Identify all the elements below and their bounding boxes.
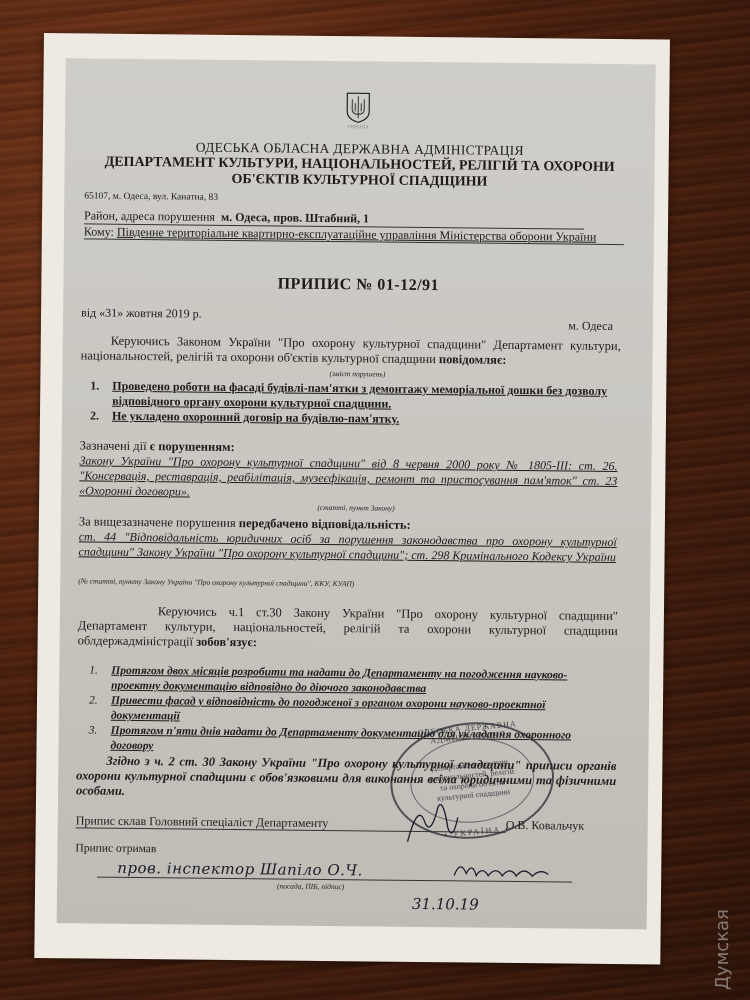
violation-basis-text: Закону України "Про охорону культурної с… [79, 453, 617, 504]
violation-basis-heading: Зазначені дії є порушенням: [80, 438, 235, 455]
item-number: 2. [89, 694, 111, 724]
emblem-caption: УКРАЇНА [343, 125, 373, 130]
received-label: Припис отримав [75, 842, 156, 855]
item-number: 1. [90, 379, 112, 409]
composer-signature [402, 797, 463, 848]
recipient-signature [452, 857, 552, 882]
obligation-text: Керуючись ч.1 ст.30 Закону України "Про … [78, 604, 618, 648]
intro-bold: повідомляє: [439, 352, 507, 367]
document-title: ПРИПИС № 01-12/91 [63, 273, 653, 297]
heading-text: Зазначені дії [80, 438, 150, 453]
document-sheet: УКРАЇНА ОДЕСЬКА ОБЛАСНА ДЕРЖАВНА АДМІНІС… [34, 33, 670, 965]
intro-text: Керуючись Законом України "Про охорону к… [81, 334, 621, 366]
intro-paragraph: Керуючись Законом України "Про охорону к… [81, 333, 621, 369]
received-date: 31.10.19 [412, 895, 479, 914]
liability-text: ст. 44 "Відповідальність юридичних осіб … [78, 529, 616, 565]
trident-coat-of-arms-icon [345, 91, 371, 123]
violation-address-label: Район, адреса порушення [84, 208, 215, 223]
document-date: від «31» жовтня 2019 р. [81, 305, 202, 321]
heading-text: За вищезазначене порушення [79, 514, 239, 530]
composer-name: О.В. Ковальчук [506, 818, 585, 834]
received-caption: (посада, ПІБ, підпис) [277, 881, 344, 891]
obligation-bold: зобов'язує: [196, 635, 257, 650]
heading-bold: передбачено відповідальність: [239, 516, 411, 532]
recipient-label: Кому: [84, 224, 114, 238]
obligation-paragraph: Керуючись ч.1 ст.30 Закону України "Про … [78, 603, 618, 654]
item-number: 1. [89, 664, 111, 694]
violation-address-value: м. Одеса, пров. Штабний, 1 [221, 210, 369, 226]
item-number: 2. [90, 409, 112, 424]
watermark-logo: Думская [712, 909, 733, 990]
item-number: 3. [88, 724, 110, 754]
heading-bold: є порушенням: [150, 439, 235, 454]
liability-caption: (№ статті, пункту Закону України "Про ох… [78, 576, 354, 588]
document-city: м. Одеса [568, 319, 613, 334]
violations-list: 1.Проведено роботи на фасаді будівлі-пам… [90, 379, 610, 429]
printed-area: УКРАЇНА ОДЕСЬКА ОБЛАСНА ДЕРЖАВНА АДМІНІС… [57, 58, 656, 929]
department-address: 65107, м. Одеса, вул. Канатна, 83 [84, 191, 218, 202]
item-text: Не укладено охоронний договір на будівлю… [112, 409, 399, 427]
